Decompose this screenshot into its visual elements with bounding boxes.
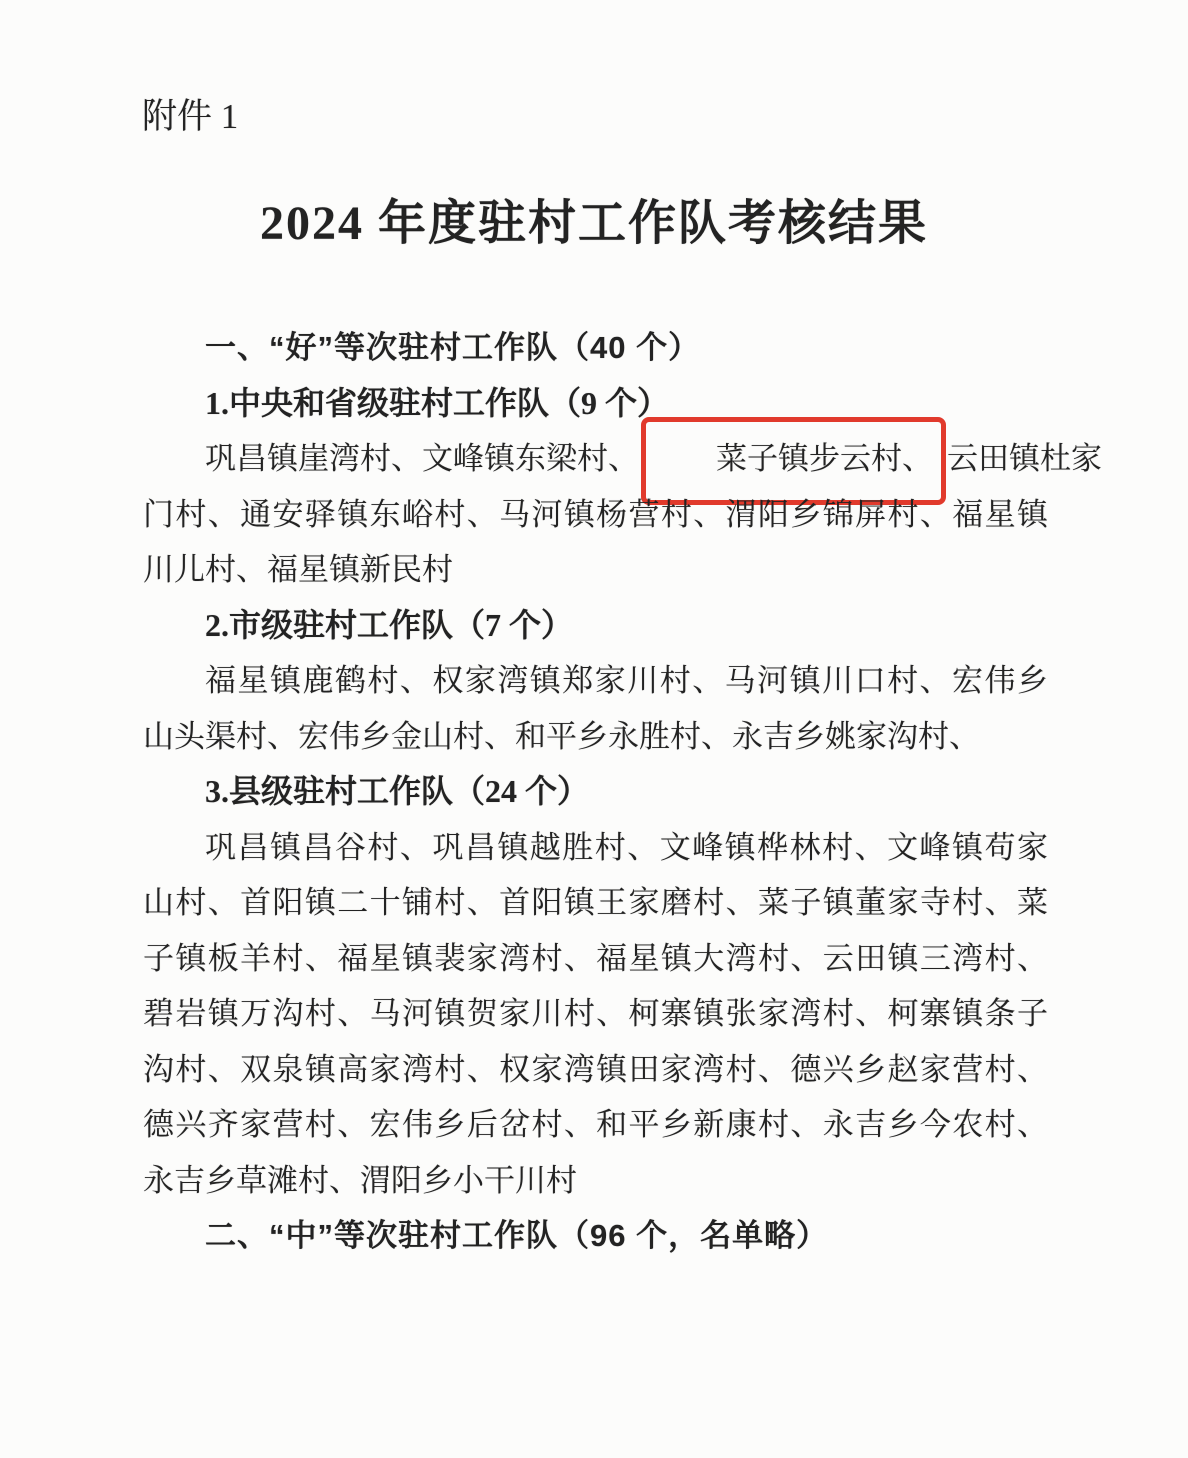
subsection-2-municipal-heading: 2.市级驻村工作队（7 个）: [143, 598, 1048, 654]
village-list-line: 川儿村、福星镇新民村: [143, 542, 1048, 598]
document-body: 一、“好”等次驻村工作队（40 个） 1.中央和省级驻村工作队（9 个） 巩昌镇…: [143, 320, 1048, 1264]
village-list-line: 巩昌镇崖湾村、文峰镇东梁村、菜子镇步云村、云田镇杜家: [143, 431, 1048, 487]
village-list-line: 永吉乡草滩村、渭阳乡小干川村: [143, 1153, 1048, 1209]
village-list-line: 子镇板羊村、福星镇裴家湾村、福星镇大湾村、云田镇三湾村、: [143, 931, 1048, 987]
highlighted-village-name: 菜子镇步云村、: [716, 441, 933, 476]
village-list-line: 门村、通安驿镇东峪村、马河镇杨营村、渭阳乡锦屏村、福星镇: [143, 487, 1048, 543]
village-list-line: 德兴齐家营村、宏伟乡后岔村、和平乡新康村、永吉乡今农村、: [143, 1097, 1048, 1153]
village-list-line: 沟村、双泉镇高家湾村、权家湾镇田家湾村、德兴乡赵家营村、: [143, 1042, 1048, 1098]
attachment-label: 附件 1: [142, 94, 238, 140]
village-list-line: 碧岩镇万沟村、马河镇贺家川村、柯寨镇张家湾村、柯寨镇条子: [143, 986, 1048, 1042]
scanned-document-page: 附件 1 2024 年度驻村工作队考核结果 一、“好”等次驻村工作队（40 个）…: [0, 0, 1188, 1458]
village-list-line: 福星镇鹿鹤村、权家湾镇郑家川村、马河镇川口村、宏伟乡: [143, 653, 1048, 709]
section-2-heading: 二、“中”等次驻村工作队（96 个，名单略）: [143, 1208, 1048, 1264]
section-1-heading: 一、“好”等次驻村工作队（40 个）: [143, 320, 1048, 376]
village-names-before-highlight: 巩昌镇崖湾村、文峰镇东梁村、: [205, 441, 639, 476]
subsection-3-county-heading: 3.县级驻村工作队（24 个）: [143, 764, 1048, 820]
village-list-line: 山村、首阳镇二十铺村、首阳镇王家磨村、菜子镇董家寺村、菜: [143, 875, 1048, 931]
village-list-line: 山头渠村、宏伟乡金山村、和平乡永胜村、永吉乡姚家沟村、: [143, 709, 1048, 765]
village-list-line: 巩昌镇昌谷村、巩昌镇越胜村、文峰镇桦林村、文峰镇苟家: [143, 820, 1048, 876]
document-title: 2024 年度驻村工作队考核结果: [0, 186, 1188, 262]
village-names-after-highlight: 云田镇杜家: [947, 441, 1102, 476]
